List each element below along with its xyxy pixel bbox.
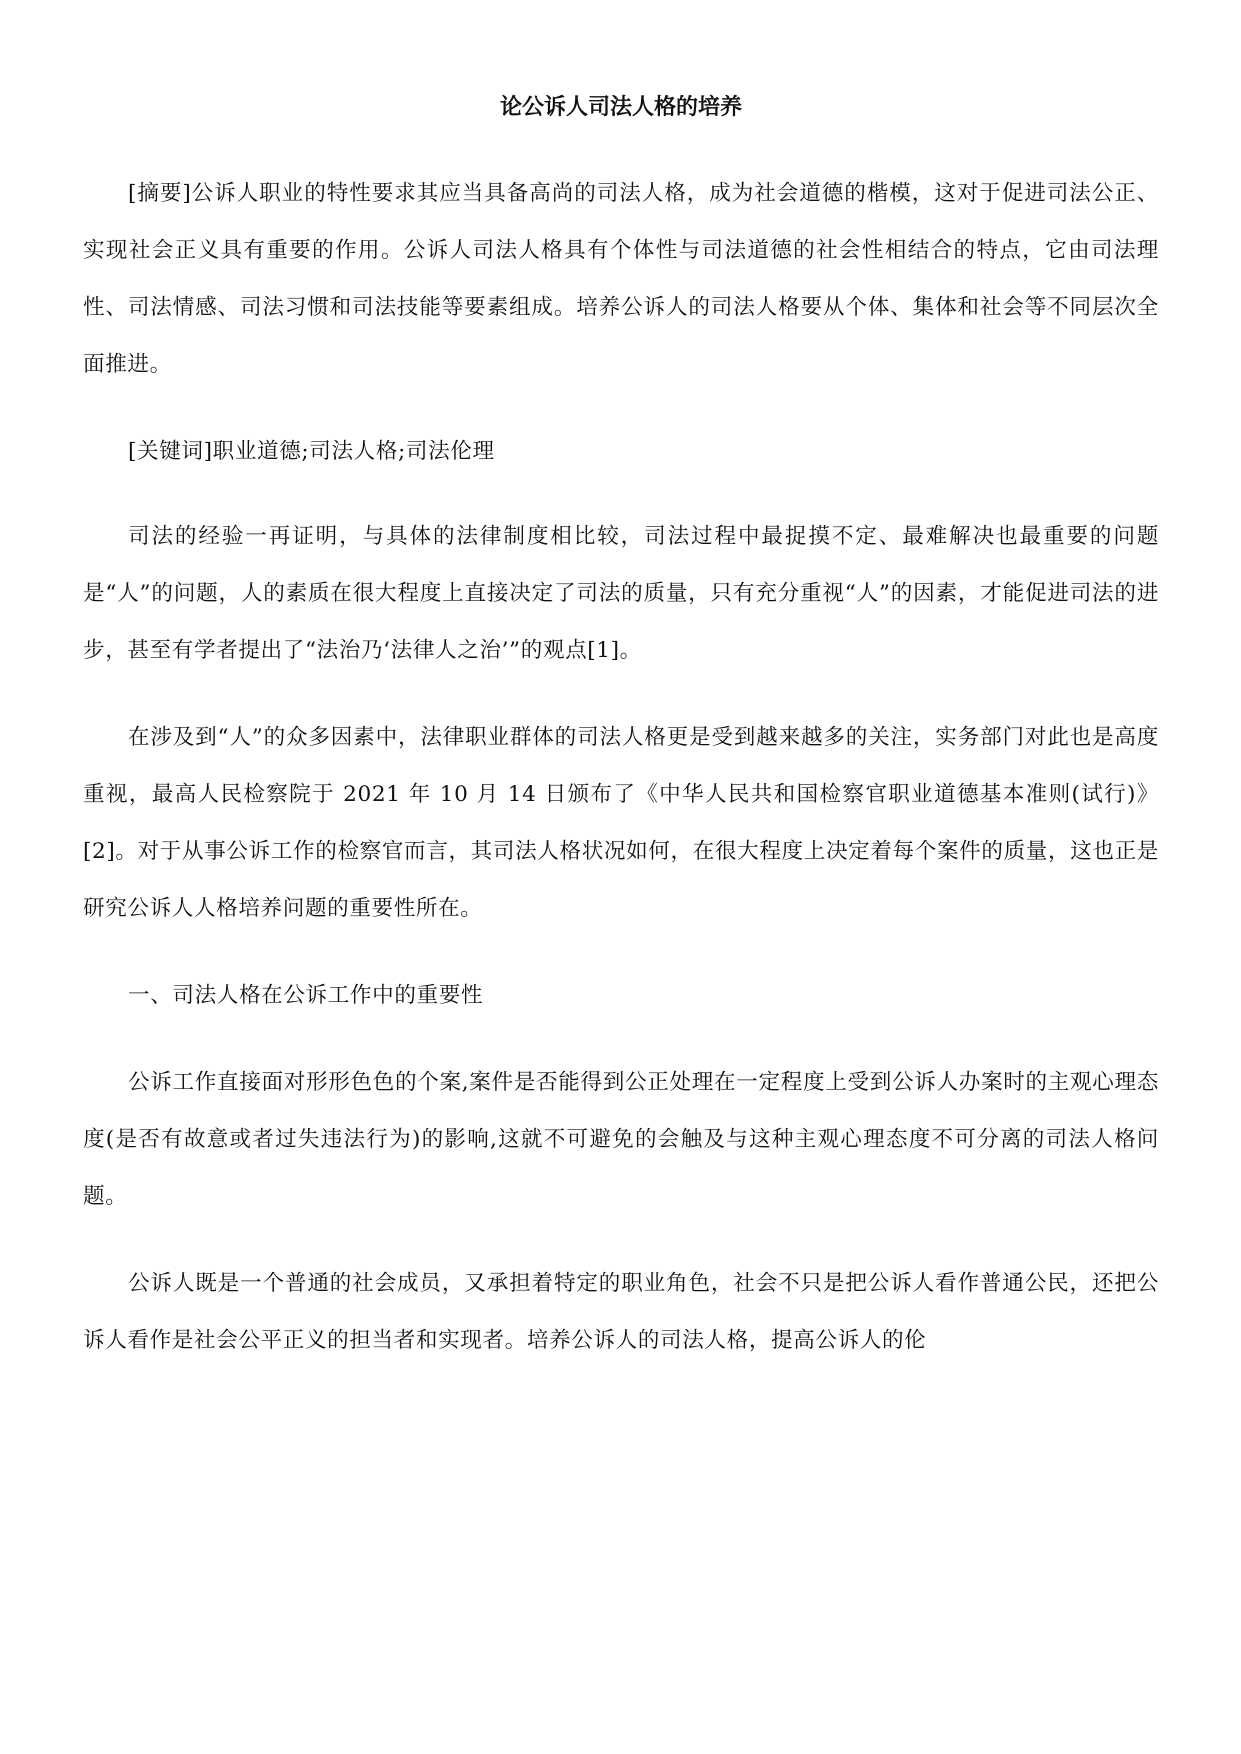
section-heading: 一、司法人格在公诉工作中的重要性 — [83, 967, 1159, 1024]
body-paragraph: 司法的经验一再证明，与具体的法律制度相比较，司法过程中最捉摸不定、最难解决也最重… — [83, 508, 1159, 679]
section-paragraph: 公诉人既是一个普通的社会成员，又承担着特定的职业角色，社会不只是把公诉人看作普通… — [83, 1255, 1159, 1369]
abstract-paragraph: [摘要]公诉人职业的特性要求其应当具备高尚的司法人格，成为社会道德的楷模，这对于… — [83, 165, 1159, 393]
document-title: 论公诉人司法人格的培养 — [83, 92, 1159, 124]
section-paragraph: 公诉工作直接面对形形色色的个案,案件是否能得到公正处理在一定程度上受到公诉人办案… — [83, 1054, 1159, 1225]
body-paragraph: 在涉及到“人”的众多因素中，法律职业群体的司法人格更是受到越来越多的关注，实务部… — [83, 709, 1159, 937]
keywords-paragraph: [关键词]职业道德;司法人格;司法伦理 — [83, 423, 1159, 480]
